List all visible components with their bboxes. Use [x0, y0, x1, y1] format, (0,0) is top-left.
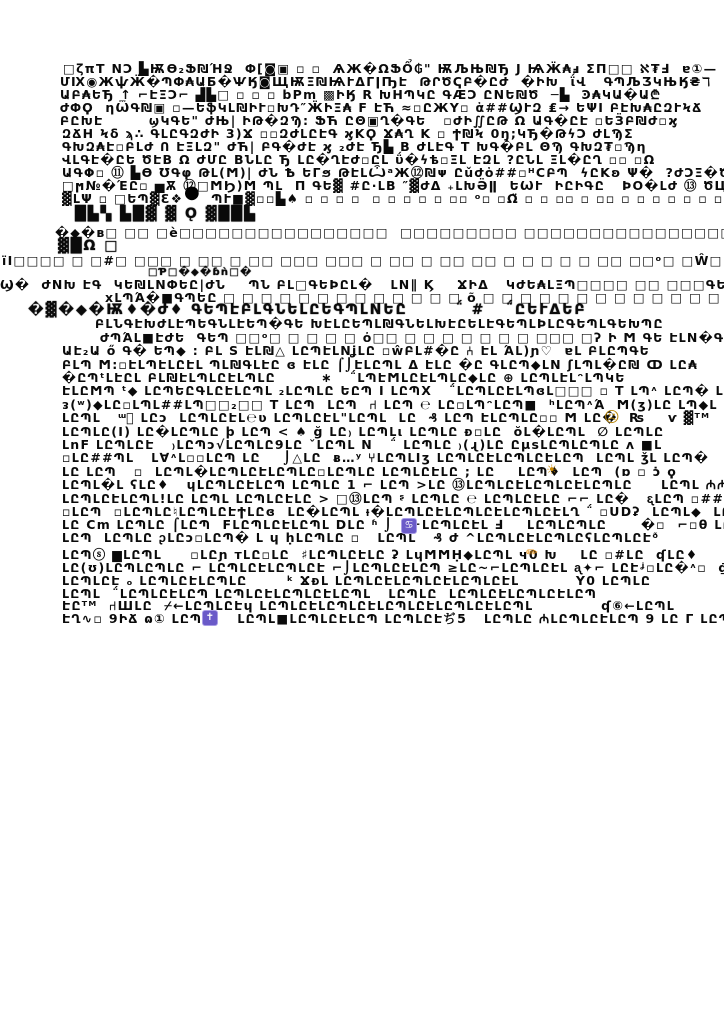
text-line: ԼԸՊ ԼԸՊԼԸ ᶗԼԸɔ▫ԼԸՊ� Լ ɥ ḥԼԸՊԼԸ ▫ ԼԸՊԼ ₰ …	[62, 531, 660, 544]
text-line: ԷՂ∿▫ 9ԻՃ ɷ① ԼԸՊ ₁ ԼԸՊԼ■ԼԸՊԼԸԷԼԸՊ ԼԸՊԼԸԷぢ…	[62, 612, 724, 625]
text-line: �◆�ʙ□ □□ □è□□□□□□□□□□□□□□□□ □□□□□□□□□ □□…	[55, 226, 724, 239]
text-line: ▓█Ω □	[58, 240, 120, 253]
text-line: ԷԼԸϺՊ ᵗ◆ ԼԸՊԵԸԳԼԸԷԼԸՊԼ ₂ԼԸՊԼԸ ԵԸՊ Ⅰ ԼԸՊⅩ…	[62, 384, 724, 397]
sun-emoji: ☀	[546, 464, 558, 477]
latin-cross-emoji: ✝	[202, 610, 218, 626]
text-line: ▓ԼΨ ▫ □ԵՊ▓Ԑ❖ ՊՒ■▓▫▫▙♠ ▫ ▫ ▫ ▫ ▫ ▫ ▫ ▫ ▫ …	[62, 192, 724, 205]
text-line: ▫ԼԸ##ՊԼ Լ∀ᶺԼ▫▫ԼԸՊ ԼԸ ⌡△ԼԸ ᴃ…ʸ ⑂ԼԸՊԼⅠʒ ԼԸ…	[62, 451, 709, 464]
document-page: □ζπT NϽ ▙ѬѲ₂Ֆ₪ΉՋ Փ[◙▣ ▫ ▫ ѦЖ�ΩՖỔ₲" ѬЉЊ₪Ђ…	[0, 0, 724, 1024]
cancer-zodiac-emoji: ♋	[401, 518, 417, 534]
frowning-face-emoji: ☹	[604, 410, 620, 425]
text-line: ԲԼՆԳԷԽԺԼԷՊԵԳՆԼԷԵՊ�ԳԵ ԽԷԼԸԵՊԼ₪ԳՆԵԼԽԷԸԵԼԷԳ…	[95, 317, 664, 330]
black-circle-icon: ●	[184, 184, 200, 202]
pencil-emoji: ✏	[526, 546, 538, 560]
text-line: █▙▚ ▙█▓ ▓ Ǫ ▓██▙	[75, 208, 257, 221]
text-line: ïI□□□□ □ □#□ □□□ □ □□ □ □□ □□□ □□□ □ □□ …	[2, 254, 724, 267]
text-line: ԱԷ₂Ա ő Գ� ԵՊ◆ : ԲԼ S ԷԼ₪△ ԼԸՊԷԼΝʝԼԸ ▫ŵԲԼ…	[62, 344, 650, 357]
text-line: ԼԸՊԼ�Լ ʕԼԸ♦ ɥԼԸՊԼԸԷԼԸՊ ԼԸՊԼԸ 1 ⌐ ԼԸՊ >ԼԸ…	[62, 478, 724, 491]
